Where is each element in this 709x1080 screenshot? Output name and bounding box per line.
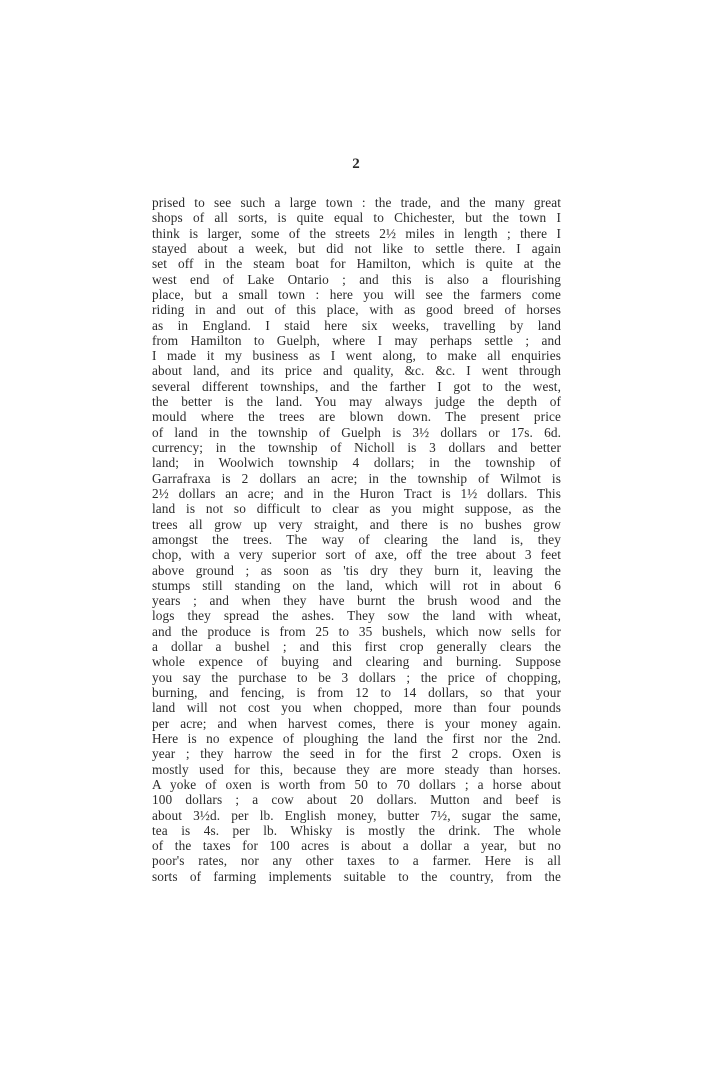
page-text: prised to see such a large town : the tr… [152,195,561,884]
text-line: riding in and out of this place, with as… [152,302,561,317]
text-line: of the taxes for 100 acres is about a do… [152,838,561,853]
text-line: shops of all sorts, is quite equal to Ch… [152,210,561,225]
text-line: land; in Woolwich township 4 dollars; in… [152,455,561,470]
text-line: as in England. I staid here six weeks, t… [152,318,561,333]
text-line: I made it my business as I went along, t… [152,348,561,363]
text-line: sorts of farming implements suitable to … [152,869,561,884]
text-line: think is larger, some of the streets 2½ … [152,226,561,241]
text-line: prised to see such a large town : the tr… [152,195,561,210]
text-line: logs they spread the ashes. They sow the… [152,608,561,623]
text-line: a dollar a bushel ; and this first crop … [152,639,561,654]
text-line: whole expence of buying and clearing and… [152,654,561,669]
text-line: poor's rates, nor any other taxes to a f… [152,853,561,868]
text-line: stumps still standing on the land, which… [152,578,561,593]
text-line: the better is the land. You may always j… [152,394,561,409]
text-line: place, but a small town : here you will … [152,287,561,302]
text-line: A yoke of oxen is worth from 50 to 70 do… [152,777,561,792]
text-line: mould where the trees are blown down. Th… [152,409,561,424]
text-line: burning, and fencing, is from 12 to 14 d… [152,685,561,700]
text-line: set off in the steam boat for Hamilton, … [152,256,561,271]
text-line: west end of Lake Ontario ; and this is a… [152,272,561,287]
text-line: trees all grow up very straight, and the… [152,517,561,532]
text-line: mostly used for this, because they are m… [152,762,561,777]
document-page: 2 prised to see such a large town : the … [0,0,709,1080]
text-line: and the produce is from 25 to 35 bushels… [152,624,561,639]
text-line: amongst the trees. The way of clearing t… [152,532,561,547]
text-line: of land in the township of Guelph is 3½ … [152,425,561,440]
text-line: Here is no expence of ploughing the land… [152,731,561,746]
text-line: above ground ; as soon as 'tis dry they … [152,563,561,578]
text-line: currency; in the township of Nicholl is … [152,440,561,455]
text-line: from Hamilton to Guelph, where I may per… [152,333,561,348]
page-number: 2 [152,156,561,173]
text-line: you say the purchase to be 3 dollars ; t… [152,670,561,685]
text-line: 2½ dollars an acre; and in the Huron Tra… [152,486,561,501]
text-line: chop, with a very superior sort of axe, … [152,547,561,562]
text-line: land is not so difficult to clear as you… [152,501,561,516]
text-line: Garrafraxa is 2 dollars an acre; in the … [152,471,561,486]
text-line: 100 dollars ; a cow about 20 dollars. Mu… [152,792,561,807]
text-line: stayed about a week, but did not like to… [152,241,561,256]
text-line: about 3½d. per lb. English money, butter… [152,808,561,823]
text-line: about land, and its price and quality, &… [152,363,561,378]
text-line: tea is 4s. per lb. Whisky is mostly the … [152,823,561,838]
text-line: years ; and when they have burnt the bru… [152,593,561,608]
text-line: year ; they harrow the seed in for the f… [152,746,561,761]
text-line: several different townships, and the far… [152,379,561,394]
text-line: land will not cost you when chopped, mor… [152,700,561,715]
text-line: per acre; and when harvest comes, there … [152,716,561,731]
